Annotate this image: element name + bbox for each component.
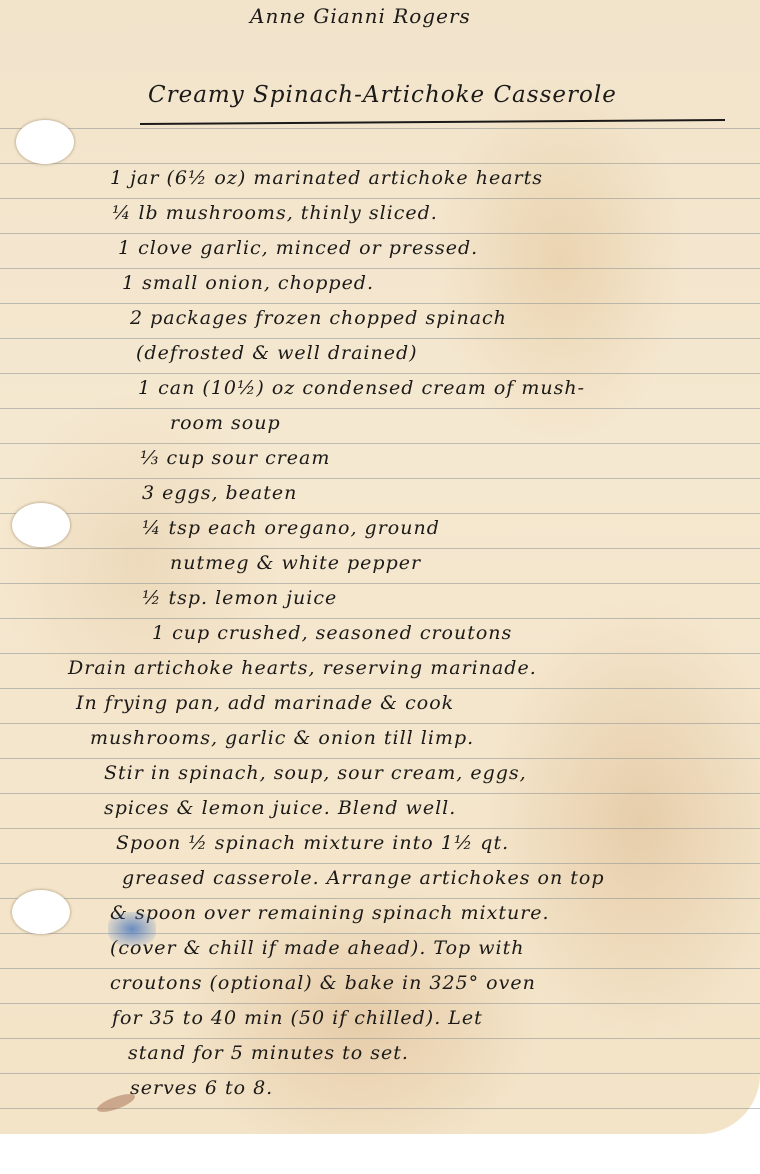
recipe-card: Anne Gianni Rogers Creamy Spinach-Artich… [0,0,760,1134]
direction-line: croutons (optional) & bake in 325° oven [110,972,536,994]
direction-line: Spoon ½ spinach mixture into 1½ qt. [116,832,509,854]
ingredient-item: (defrosted & well drained) [136,342,418,364]
recipe-title: Creamy Spinach-Artichoke Casserole [148,82,617,108]
ingredient-item: 3 eggs, beaten [142,482,297,504]
direction-line: Stir in spinach, soup, sour cream, eggs, [104,762,527,784]
direction-line: Drain artichoke hearts, reserving marina… [68,657,537,679]
ingredient-item: 1 jar (6½ oz) marinated artichoke hearts [110,167,543,189]
direction-line: In frying pan, add marinade & cook [76,692,454,714]
direction-line: (cover & chill if made ahead). Top with [110,937,524,959]
ingredient-item: 1 clove garlic, minced or pressed. [118,237,478,259]
direction-line: spices & lemon juice. Blend well. [104,797,456,819]
direction-line: greased casserole. Arrange artichokes on… [122,867,604,889]
direction-line: stand for 5 minutes to set. [128,1042,409,1064]
ingredient-item: ⅓ cup sour cream [140,447,330,469]
binder-hole-middle [12,503,70,547]
ingredient-item: ½ tsp. lemon juice [142,587,337,609]
direction-line: serves 6 to 8. [130,1077,273,1099]
ingredient-item: room soup [170,412,281,434]
binder-hole-top [16,120,74,164]
direction-line: & spoon over remaining spinach mixture. [110,902,550,924]
binder-hole-bottom [12,890,70,934]
ingredient-item: ¼ lb mushrooms, thinly sliced. [112,202,438,224]
direction-line: for 35 to 40 min (50 if chilled). Let [112,1007,483,1029]
ingredient-item: nutmeg & white pepper [170,552,421,574]
direction-line: mushrooms, garlic & onion till limp. [90,727,474,749]
ingredient-item: ¼ tsp each oregano, ground [142,517,440,539]
ingredient-item: 1 small onion, chopped. [122,272,374,294]
author-name: Anne Gianni Rogers [250,4,471,28]
ink-blot [108,912,156,946]
ingredient-item: 1 cup crushed, seasoned croutons [152,622,512,644]
ingredient-item: 2 packages frozen chopped spinach [130,307,507,329]
ingredient-item: 1 can (10½) oz condensed cream of mush- [138,377,585,399]
